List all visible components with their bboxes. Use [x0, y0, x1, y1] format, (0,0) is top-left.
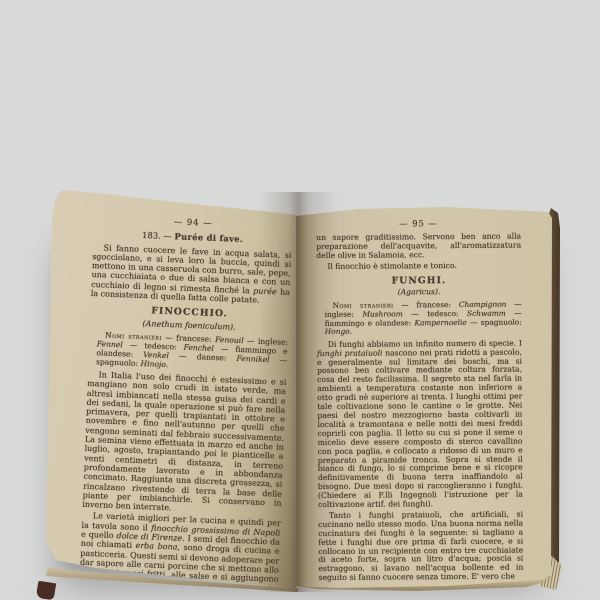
left-page-text: — 94 — 183. — Purée di fave. Si fanno cu… — [79, 214, 293, 600]
paragraph-finocchio-1: In Italia l'uso dei finocchi è estesissi… — [82, 370, 286, 517]
photo-of-open-book: — 94 — 183. — Purée di fave. Si fanno cu… — [0, 0, 600, 600]
paragraph-finocchio-continuation: un sapore graditissimo. Servono ben anco… — [316, 232, 521, 260]
paragraph-funghi-1: Di funghi abbiamo un infinito numero di … — [317, 339, 523, 510]
recipe-title: Purée di fave. — [174, 232, 243, 245]
left-page: — 94 — 183. — Purée di fave. Si fanno cu… — [46, 186, 296, 588]
section-title-funghi: FUNGHI. — [316, 276, 521, 286]
page-number-right: — 95 — — [316, 219, 521, 229]
recipe-number: 183. — — [142, 230, 172, 241]
foreign-names-finocchio: Nomi stranieri — francese: Fenouil — ing… — [88, 330, 288, 374]
book-cover-corner — [36, 581, 56, 600]
paragraph-funghi-2: Tanto i funghi prataiuoli, che artificia… — [318, 510, 523, 583]
right-page-text: — 95 — un sapore graditissimo. Servono b… — [316, 219, 524, 586]
page-number-left: — 94 — — [94, 214, 293, 231]
latin-name-funghi: (Agaricus). — [316, 288, 521, 298]
foreign-names-funghi: Nomi stranieri — francese: Champignon — … — [317, 301, 522, 337]
paragraph-finocchio-closing: Il finocchio è stimolante e tonico. — [316, 261, 521, 271]
right-page: — 95 — un sapore graditissimo. Servono b… — [296, 204, 558, 596]
paragraph-puree-di-fave: Si fanno cuocere le fave in acqua salata… — [91, 243, 292, 307]
